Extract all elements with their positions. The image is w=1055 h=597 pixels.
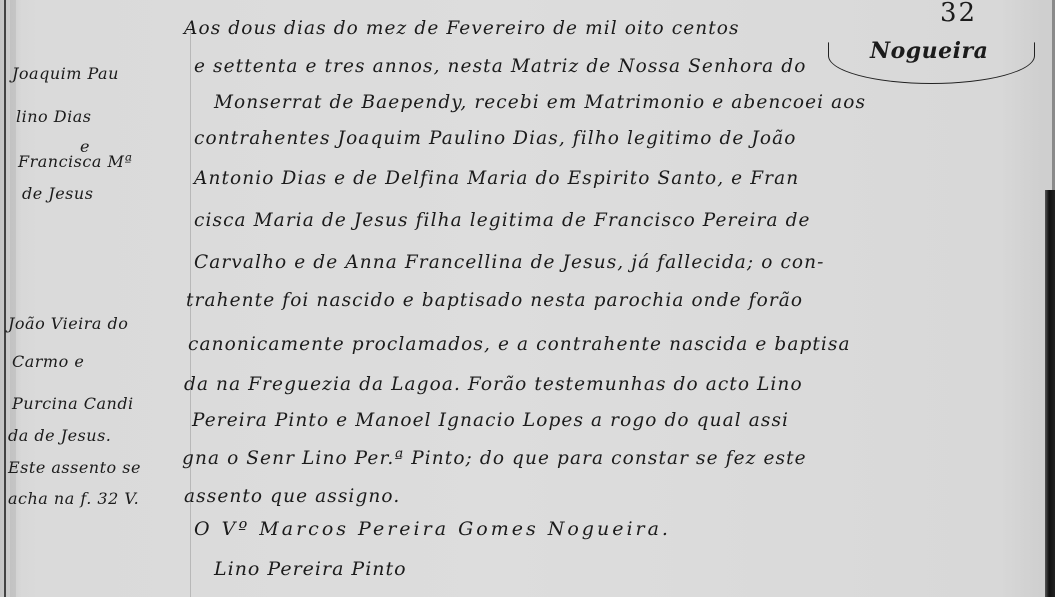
- margin-rule: [190, 26, 191, 597]
- margin-note-line: de Jesus: [22, 180, 93, 207]
- body-line: Carvalho e de Anna Francellina de Jesus,…: [194, 252, 825, 273]
- body-line: trahente foi nascido e baptisado nesta p…: [186, 290, 803, 311]
- body-line: da na Freguezia da Lagoa. Forão testemun…: [184, 374, 803, 395]
- margin-note-line: da de Jesus.: [8, 422, 111, 449]
- margin-note-line: lino Dias: [16, 103, 91, 130]
- body-line: assento que assigno.: [184, 486, 400, 507]
- register-page: 32 Nogueira Joaquim Pau lino Dias e Fran…: [0, 0, 1055, 597]
- margin-note-line: acha na f. 32 V.: [8, 485, 139, 512]
- body-line: Pereira Pinto e Manoel Ignacio Lopes a r…: [192, 410, 789, 431]
- page-number: 32: [940, 0, 977, 28]
- surname-flourish-underline: [828, 42, 1035, 84]
- body-line: gna o Senr Lino Per.ª Pinto; do que para…: [182, 448, 807, 469]
- margin-note-line: Purcina Candi: [12, 390, 134, 417]
- margin-note-line: Francisca Mª: [18, 148, 132, 175]
- binding-line: [4, 0, 6, 597]
- body-line: Monserrat de Baependy, recebi em Matrimo…: [214, 92, 866, 113]
- body-line: Aos dous dias do mez de Fevereiro de mil…: [184, 18, 740, 39]
- priest-signature: O Vº Marcos Pereira Gomes Nogueira.: [194, 518, 671, 540]
- margin-note-line: Este assento se: [8, 454, 141, 481]
- body-line: contrahentes Joaquim Paulino Dias, filho…: [194, 128, 797, 149]
- margin-note-line: Carmo e: [12, 348, 84, 375]
- margin-note-line: João Vieira do: [8, 310, 128, 337]
- witness-signature: Lino Pereira Pinto: [214, 558, 407, 580]
- body-line: cisca Maria de Jesus filha legitima de F…: [194, 210, 811, 231]
- right-binding-shadow: [1045, 190, 1055, 597]
- margin-note-line: Joaquim Pau: [12, 60, 119, 87]
- body-line: e settenta e tres annos, nesta Matriz de…: [194, 56, 806, 77]
- body-line: Antonio Dias e de Delfina Maria do Espir…: [194, 168, 799, 189]
- body-line: canonicamente proclamados, e a contrahen…: [188, 334, 851, 355]
